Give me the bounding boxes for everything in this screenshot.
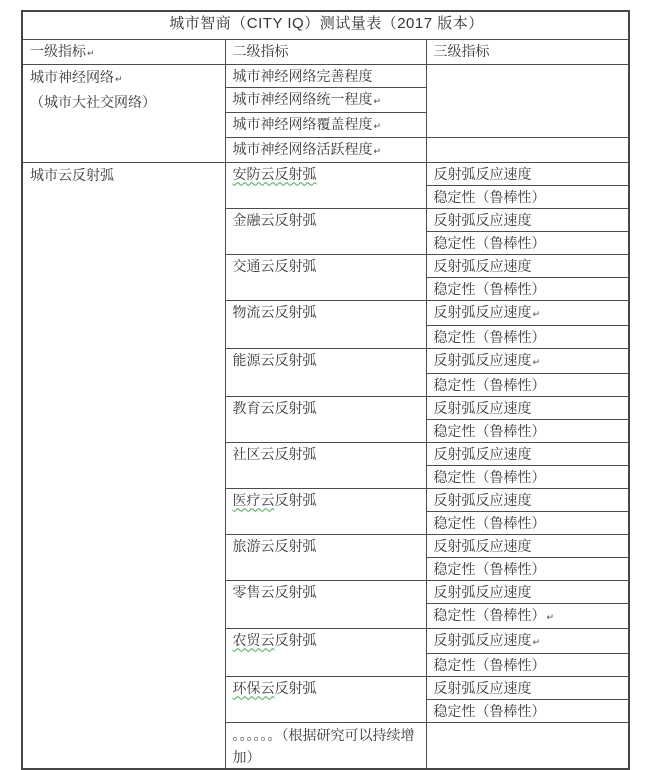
level1-cell-neural-network: 城市神经网络↵（城市大社交网络）: [22, 64, 225, 162]
column-header-level1: 一级指标↵: [22, 39, 225, 64]
cell-text: 稳定性（鲁棒性）: [434, 703, 546, 719]
level2-cell-cloud: 能源云反射弧: [225, 348, 426, 396]
cell-text: 反射弧反应速度: [434, 538, 532, 554]
level2-cell: 城市神经网络完善程度: [225, 64, 426, 87]
level3-cell-speed: 反射弧反应速度: [426, 442, 629, 465]
level2-cell-cloud: 零售云反射弧: [225, 580, 426, 628]
level2-cell-cloud: 教育云反射弧: [225, 396, 426, 442]
title-row: 城市智商（CITY IQ）测试量表（2017 版本）: [22, 11, 629, 39]
paragraph-mark: ↵: [374, 121, 382, 131]
level3-empty-cell: [426, 722, 629, 769]
level3-cell-stability: 稳定性（鲁棒性）: [426, 699, 629, 722]
paragraph-mark: ↵: [547, 612, 555, 622]
level3-cell-speed: 反射弧反应速度: [426, 396, 629, 419]
level2-cell-expand-note: 。。。。。。（根据研究可以持续增加）: [225, 722, 426, 769]
level2-cell-cloud: 金融云反射弧: [225, 208, 426, 254]
cell-text: 反射弧反应速度: [434, 492, 532, 508]
cell-text: 反射弧反应速度: [434, 680, 532, 696]
cell-text: 稳定性（鲁棒性）: [434, 377, 546, 393]
cell-text: 反射弧: [275, 492, 317, 508]
cell-text: 反射弧反应速度: [434, 352, 532, 368]
level1-line: 城市神经网络↵: [30, 66, 220, 91]
cell-text: 交通云反射弧: [233, 258, 317, 274]
cell-text: 能源云反射弧: [233, 352, 317, 368]
cloud-row-speed: 城市云反射弧安防云反射弧反射弧反应速度: [22, 162, 629, 185]
cell-text: 反射弧: [275, 680, 317, 696]
cell-text: 旅游云反射弧: [233, 538, 317, 554]
cell-text: 物流云反射弧: [233, 304, 317, 320]
cell-text: 反射弧反应速度: [434, 258, 532, 274]
cell-text: 反射弧反应速度: [434, 166, 532, 182]
cell-text: 城市神经网络完善程度: [233, 68, 373, 84]
level2-cell-cloud: 医疗云反射弧: [225, 488, 426, 534]
level3-cell-speed: 反射弧反应速度: [426, 534, 629, 557]
level2-cell-cloud: 环保云反射弧: [225, 676, 426, 722]
level3-cell-speed: 反射弧反应速度↵: [426, 628, 629, 653]
level1-cell-cloud-reflex: 城市云反射弧: [22, 162, 225, 769]
level3-cell-speed: 反射弧反应速度: [426, 162, 629, 185]
level2-cell-cloud: 社区云反射弧: [225, 442, 426, 488]
cell-text: 城市神经网络活跃程度: [233, 141, 373, 157]
level3-cell-speed: 反射弧反应速度: [426, 488, 629, 511]
spellcheck-squiggle: 安防云反射弧: [233, 166, 317, 182]
level2-cell: 城市神经网络活跃程度↵: [225, 137, 426, 162]
level3-cell-speed: 反射弧反应速度: [426, 254, 629, 277]
level3-cell-stability: 稳定性（鲁棒性）: [426, 373, 629, 396]
spellcheck-squiggle: 医疗云: [233, 492, 275, 508]
level3-cell-speed: 反射弧反应速度↵: [426, 348, 629, 373]
cell-text: 稳定性（鲁棒性）: [434, 281, 546, 297]
cell-text: 反射弧反应速度: [434, 632, 532, 648]
level3-empty-cell: [426, 137, 629, 162]
cell-text: 稳定性（鲁棒性）: [434, 515, 546, 531]
level3-cell-stability: 稳定性（鲁棒性）: [426, 185, 629, 208]
paragraph-mark: ↵: [374, 96, 382, 106]
cell-text: 金融云反射弧: [233, 212, 317, 228]
cell-text: 教育云反射弧: [233, 400, 317, 416]
header-row: 一级指标↵ 二级指标 三级指标: [22, 39, 629, 64]
cell-text: 稳定性（鲁棒性）: [434, 657, 546, 673]
level2-cell-cloud: 旅游云反射弧: [225, 534, 426, 580]
spellcheck-squiggle: 环保云: [233, 680, 275, 696]
level2-cell: 城市神经网络统一程度↵: [225, 87, 426, 112]
level3-cell-speed: 反射弧反应速度: [426, 208, 629, 231]
cell-text: 城市神经网络覆盖程度: [233, 116, 373, 132]
level3-cell-stability: 稳定性（鲁棒性）: [426, 511, 629, 534]
cell-text: 零售云反射弧: [233, 584, 317, 600]
cell-text: 社区云反射弧: [233, 446, 317, 462]
cell-text: 稳定性（鲁棒性）: [434, 189, 546, 205]
level3-cell-speed: 反射弧反应速度: [426, 580, 629, 603]
paragraph-mark: ↵: [533, 309, 541, 319]
cell-text: 稳定性（鲁棒性）: [434, 329, 546, 345]
column-header-level2: 二级指标: [225, 39, 426, 64]
cell-text: 反射弧反应速度: [434, 446, 532, 462]
level2-cell-cloud: 交通云反射弧: [225, 254, 426, 300]
column-header-level2-label: 二级指标: [233, 43, 289, 59]
table-title: 城市智商（CITY IQ）测试量表（2017 版本）: [22, 11, 629, 39]
level3-cell-stability: 稳定性（鲁棒性）: [426, 653, 629, 676]
cell-text: 。。。。。。（根据研究可以持续增加）: [233, 727, 415, 765]
level3-cell-stability: 稳定性（鲁棒性）: [426, 231, 629, 254]
cell-text: 反射弧反应速度: [434, 584, 532, 600]
column-header-level3-label: 三级指标: [434, 43, 490, 59]
cell-text: 反射弧反应速度: [434, 212, 532, 228]
cell-text: 反射弧反应速度: [434, 304, 532, 320]
level3-cell-stability: 稳定性（鲁棒性）: [426, 277, 629, 300]
level3-cell-stability: 稳定性（鲁棒性）↵: [426, 603, 629, 628]
level3-cell-speed: 反射弧反应速度: [426, 676, 629, 699]
cell-text: 城市神经网络统一程度: [233, 91, 373, 107]
cell-text: 稳定性（鲁棒性）: [434, 423, 546, 439]
cell-text: 城市神经网络: [30, 69, 114, 85]
document-page: 城市智商（CITY IQ）测试量表（2017 版本） 一级指标↵ 二级指标 三级…: [21, 10, 630, 770]
paragraph-mark: ↵: [374, 146, 382, 156]
neural-row: 城市神经网络↵（城市大社交网络）城市神经网络完善程度: [22, 64, 629, 87]
level3-cell-stability: 稳定性（鲁棒性）: [426, 557, 629, 580]
cell-text: 稳定性（鲁棒性）: [434, 561, 546, 577]
level2-cell-cloud: 物流云反射弧: [225, 300, 426, 348]
cell-text: 反射弧: [275, 632, 317, 648]
paragraph-mark: ↵: [115, 74, 123, 84]
cell-text: 稳定性（鲁棒性）: [434, 235, 546, 251]
cell-text: 稳定性（鲁棒性）: [434, 607, 546, 623]
level2-cell: 城市神经网络覆盖程度↵: [225, 112, 426, 137]
city-iq-table: 城市智商（CITY IQ）测试量表（2017 版本） 一级指标↵ 二级指标 三级…: [21, 10, 630, 770]
cell-text: （城市大社交网络）: [30, 94, 156, 110]
paragraph-mark: ↵: [87, 48, 95, 58]
level1-line: （城市大社交网络）: [30, 91, 220, 114]
cell-text: 城市云反射弧: [30, 167, 114, 183]
spellcheck-squiggle: 农贸云: [233, 632, 275, 648]
cell-text: 反射弧反应速度: [434, 400, 532, 416]
column-header-level3: 三级指标: [426, 39, 629, 64]
level3-cell-speed: 反射弧反应速度↵: [426, 300, 629, 325]
level3-cell-stability: 稳定性（鲁棒性）: [426, 325, 629, 348]
paragraph-mark: ↵: [533, 637, 541, 647]
level2-cell-cloud: 农贸云反射弧: [225, 628, 426, 676]
level3-empty-merged-cell: [426, 64, 629, 137]
paragraph-mark: ↵: [533, 357, 541, 367]
level2-cell-cloud: 安防云反射弧: [225, 162, 426, 208]
column-header-level1-label: 一级指标: [30, 43, 86, 59]
cell-text: 稳定性（鲁棒性）: [434, 469, 546, 485]
level3-cell-stability: 稳定性（鲁棒性）: [426, 465, 629, 488]
level3-cell-stability: 稳定性（鲁棒性）: [426, 419, 629, 442]
